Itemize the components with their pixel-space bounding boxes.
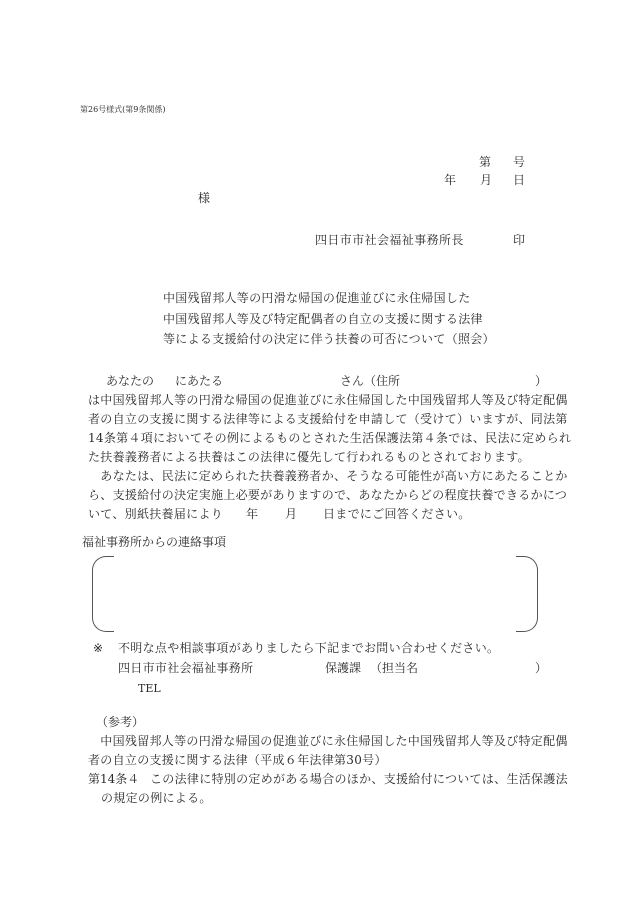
- body-line1-part1: あなたの: [106, 375, 154, 387]
- contact-section-label: 福祉事務所からの連絡事項: [82, 536, 226, 548]
- body-line: 14条第４項においてその例によるものとされた生活保護法第４条では、民法に定められ: [88, 432, 543, 444]
- reference-law-line-1: 中国残留邦人等の円滑な帰国の促進並びに永住帰国した中国残留邦人等及び特定配偶: [88, 735, 543, 747]
- division-name: 保護課: [325, 662, 361, 674]
- body-line1-part2: にあたる: [175, 375, 223, 387]
- contact-content: [118, 560, 512, 628]
- body-line: た扶養義務者による扶養はこの法律に優先して行われるものとされております。: [88, 451, 543, 463]
- body-line1-part3: さん（住所: [340, 375, 400, 387]
- date-month: 月: [480, 174, 492, 186]
- body-line: あなたは、民法に定められた扶養義務者か、そうなる可能性が高い方にあたることか: [88, 470, 543, 482]
- reference-law-line-2: 者の自立の支援に関する法律（平成６年法律第30号）: [88, 754, 543, 766]
- contact-person-open: （担当名: [370, 662, 418, 674]
- contact-box-right-bracket: [516, 556, 538, 632]
- reply-year: 年: [246, 508, 258, 520]
- title-line-1: 中国残留邦人等の円滑な帰国の促進並びに永住帰国した: [163, 292, 471, 304]
- title-line-3: 等による支援給付の決定に伴う扶養の可否について（照会）: [163, 333, 495, 345]
- body-last-line-part2: 日までにご回答ください。: [323, 508, 471, 520]
- body-line: ら、支援給付の決定実施上必要がありますので、あなたからどの程度扶養できるかにつ: [88, 489, 543, 501]
- note-mark: ※: [93, 642, 103, 654]
- body-last-line-part1: いて、別紙扶養届により: [88, 508, 223, 520]
- document-number-suffix: 号: [513, 156, 525, 168]
- article-text: この法律に特別の定めがある場合のほか、支援給付については、生活保護法: [150, 773, 568, 785]
- seal-mark: 印: [513, 234, 525, 246]
- reply-month: 月: [285, 508, 297, 520]
- inquiry-text: 不明な点や相談事項がありましたら下記までお問い合わせください。: [118, 642, 499, 654]
- reference-heading: （参考）: [96, 716, 144, 728]
- date-year: 年: [444, 174, 456, 186]
- sender-name: 四日市市社会福祉事務所長: [315, 234, 464, 246]
- title-line-2: 中国残留邦人等及び特定配偶者の自立の支援に関する法律: [163, 313, 483, 325]
- date-day: 日: [513, 174, 525, 186]
- document-number-prefix: 第: [479, 156, 491, 168]
- office-name: 四日市市社会福祉事務所: [118, 662, 253, 674]
- recipient-suffix: 様: [198, 192, 210, 204]
- article-continuation: の規定の例による。: [101, 792, 212, 804]
- tel-label: TEL: [138, 683, 161, 694]
- article-label: 第14条４: [88, 773, 139, 785]
- contact-box-left-bracket: [92, 556, 114, 632]
- form-number: 第26号様式(第9条関係): [80, 106, 166, 114]
- contact-person-close: ）: [535, 662, 547, 674]
- body-line: は中国残留邦人等の円滑な帰国の促進並びに永住帰国した中国残留邦人等及び特定配偶: [88, 394, 543, 406]
- body-line: 者の自立の支援に関する法律等による支援給付を申請して（受けて）いますが、同法第: [88, 413, 543, 425]
- body-line1-part4: ）: [535, 375, 547, 387]
